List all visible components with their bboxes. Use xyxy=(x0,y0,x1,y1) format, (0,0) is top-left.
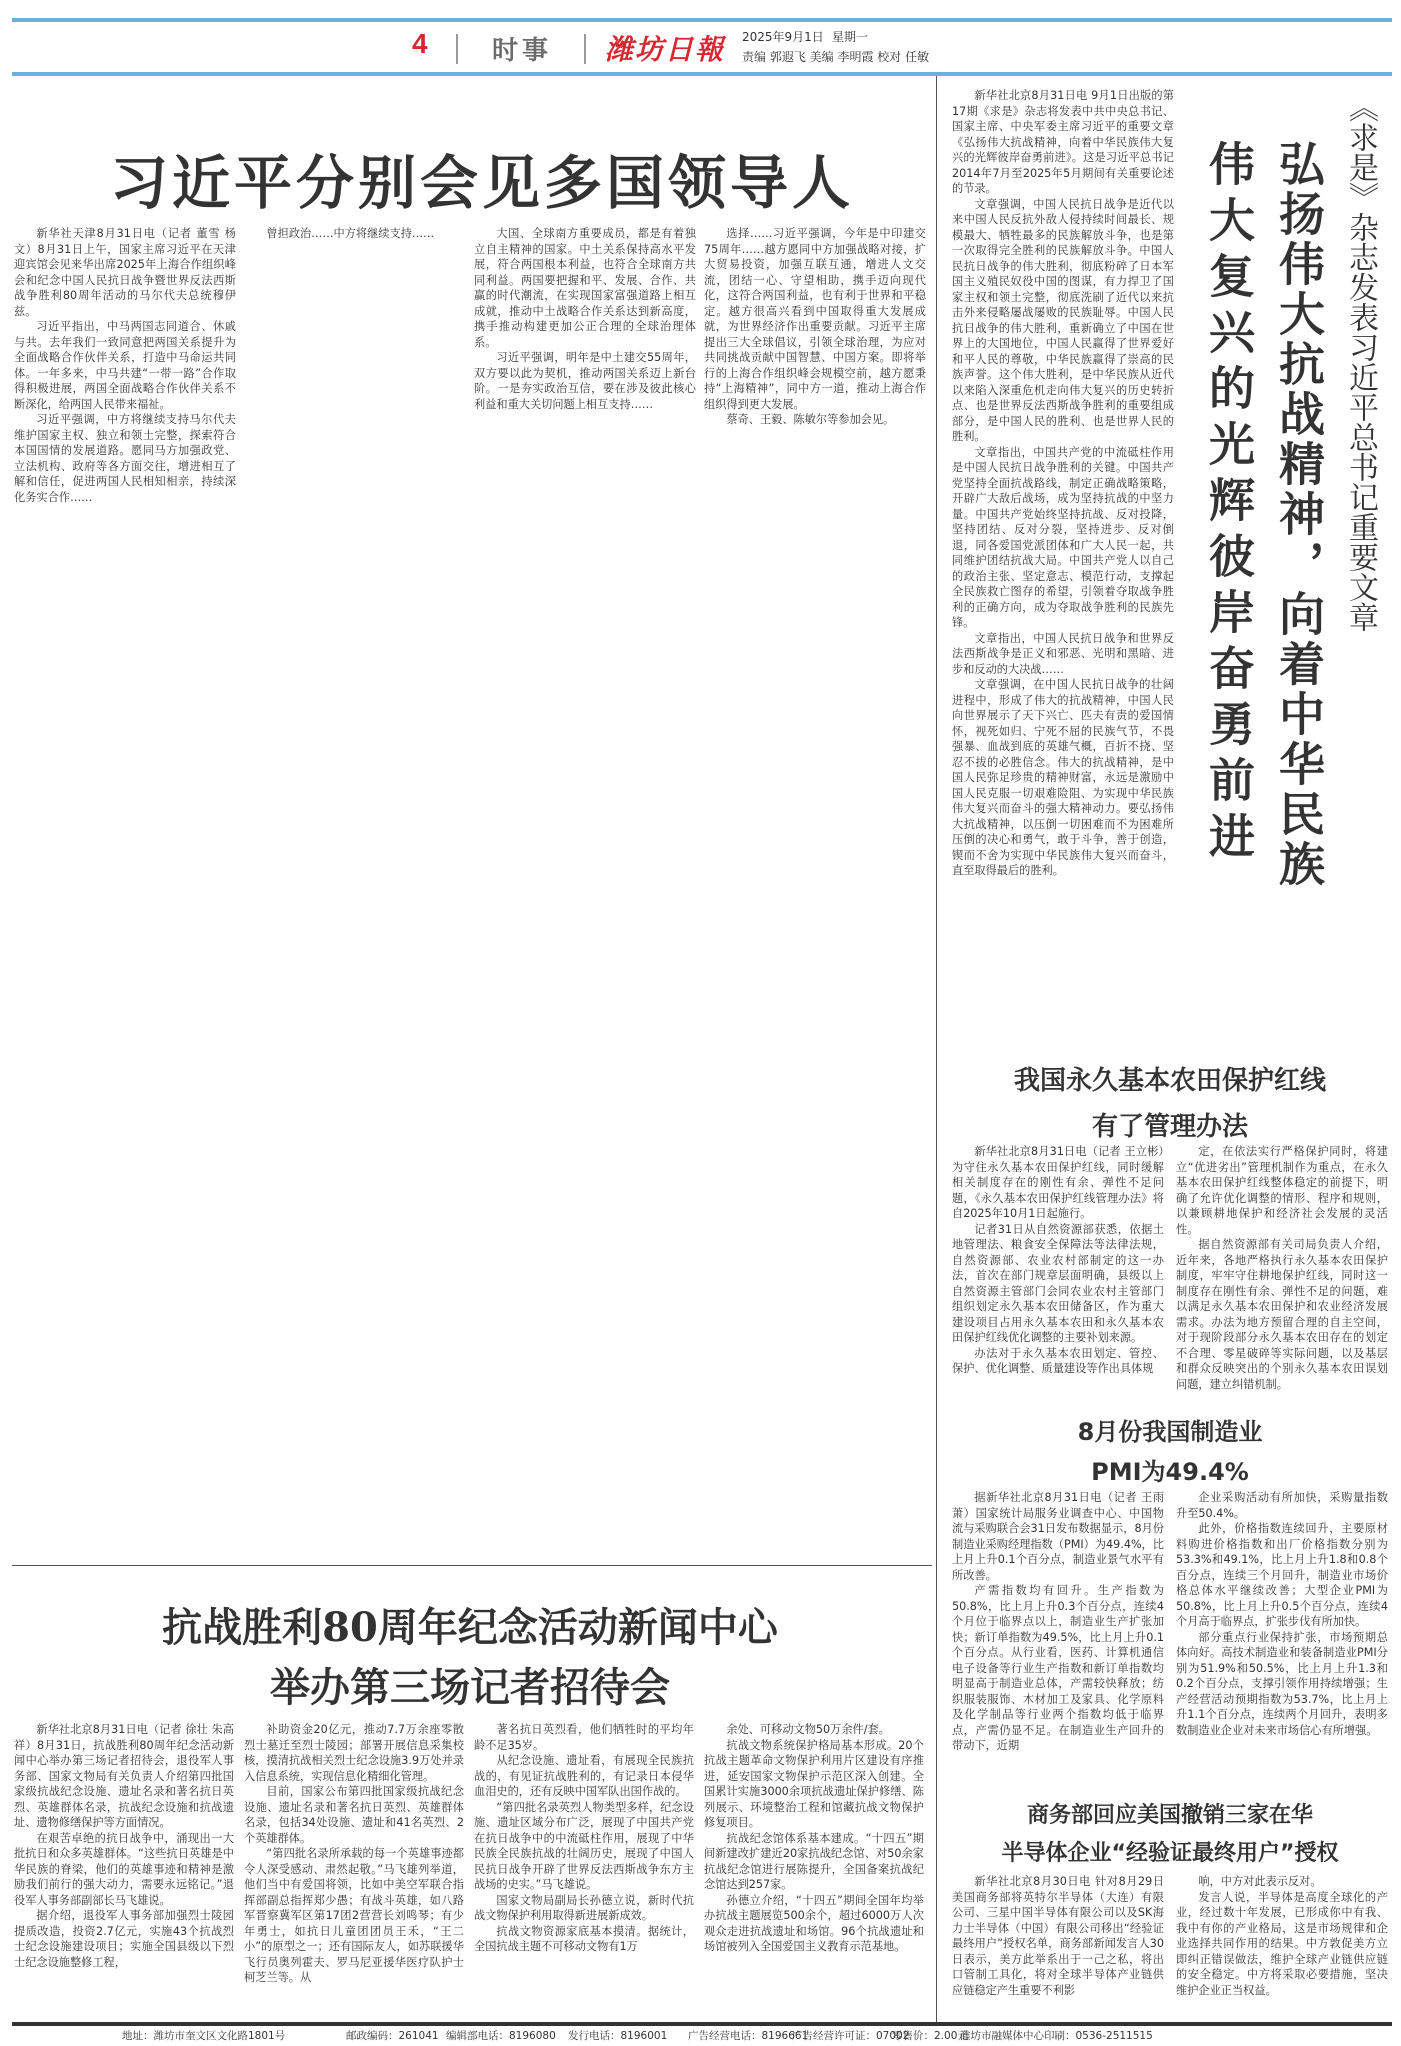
feature-body: 新华社北京8月31日电 9月1日出版的第17期《求是》杂志将发表中共中央总书记、… xyxy=(952,88,1174,888)
footer-postcode: 邮政编码：261041 xyxy=(346,2028,439,2043)
footer-price: 零售价：2.00元 xyxy=(892,2028,968,2043)
issue-weekday: 星期一 xyxy=(832,28,868,45)
divider xyxy=(584,34,586,64)
press-col-1: 新华社北京8月31日电（记者 徐壮 朱高祥）8月31日，抗战胜利80周年纪念活动… xyxy=(14,1722,234,2018)
pmi-headline-line2: PMI为49.4% xyxy=(940,1452,1400,1487)
footer-rule xyxy=(12,2022,1392,2026)
footer-address: 地址：潍坊市奎文区文化路1801号 xyxy=(122,2028,285,2043)
lead-col-2: 曾担政治……中方将继续支持…… xyxy=(244,226,466,1526)
lead-col-4: 选择……习近平强调，今年是中印建交75周年……越方愿同中方加强战略对接，扩大贸易… xyxy=(704,226,926,1526)
lead-headline: 习近平分别会见多国领导人 xyxy=(110,136,854,220)
footer-editorial-phone: 编辑部电话：8196080 xyxy=(446,2028,556,2043)
mofcom-headline-line2: 半导体企业“经验证最终用户”授权 xyxy=(940,1836,1400,1867)
issue-date: 2025年9月1日 xyxy=(742,28,824,45)
divider xyxy=(456,34,458,64)
farmland-headline-line1: 我国永久基本农田保护红线 xyxy=(940,1060,1400,1097)
column-divider xyxy=(936,76,937,2022)
masthead-bottom-rule xyxy=(12,72,1392,76)
editor-credits: 责编 郭遐飞 美编 李明霞 校对 任敏 xyxy=(742,48,929,65)
pmi-col-2: 企业采购活动有所加快，采购量指数升至50.4%。此外，价格指数连续回升，主要原材… xyxy=(1176,1490,1388,1770)
masthead: 4 时事 潍坊日報 2025年9月1日 星期一 责编 郭遐飞 美编 李明霞 校对… xyxy=(0,24,1401,72)
farmland-col-2: 定，在依法实行严格保护同时，将建立“优进劣出”管理机制作为重点，在永久基本农田保… xyxy=(1176,1144,1388,1404)
masthead-top-rule xyxy=(12,18,1392,22)
press-col-4: 余处、可移动文物50万余件/套。抗战文物系统保护格局基本形成。20个抗战主题革命… xyxy=(704,1722,924,2018)
press-headline-line2: 举办第三场记者招待会 xyxy=(20,1656,920,1713)
pmi-headline-line1: 8月份我国制造业 xyxy=(940,1412,1400,1447)
feature-title-line1: 弘扬伟大抗战精神，向着中华民族 xyxy=(1266,140,1332,900)
lead-col-1: 新华社天津8月31日电（记者 董雪 杨文）8月31日上午，国家主席习近平在天津迎… xyxy=(14,226,236,1526)
section-divider xyxy=(12,1565,932,1566)
press-col-2: 补助资金20亿元，推动7.7万余座零散烈士墓迁至烈士陵园；部署开展信息采集校核，… xyxy=(244,1722,464,2018)
footer-printer: 潍坊市融媒体中心印刷：0536-2511515 xyxy=(960,2028,1153,2043)
section-name: 时事 xyxy=(492,30,552,67)
paper-logo: 潍坊日報 xyxy=(605,28,725,68)
mofcom-col-1: 新华社北京8月30日电 针对8月29日美国商务部将英特尔半导体（大连）有限公司、… xyxy=(952,1874,1164,2018)
mofcom-headline-line1: 商务部回应美国撤销三家在华 xyxy=(940,1798,1400,1829)
pmi-col-1: 据新华社北京8月31日电（记者 王雨萧）国家统计局服务业调查中心、中国物流与采购… xyxy=(952,1490,1164,1770)
lead-col-3: 大国、全球南方重要成员，都是有着独立自主精神的国家。中土关系保持高水平发展，符合… xyxy=(474,226,696,1526)
farmland-headline-line2: 有了管理办法 xyxy=(940,1106,1400,1143)
feature-kicker: 《求是》杂志发表习近平总书记重要文章 xyxy=(1338,92,1382,912)
footer-ad-phone: 广告经营电话：8196661 xyxy=(688,2028,808,2043)
farmland-col-1: 新华社北京8月31日电（记者 王立彬）为守住永久基本农田保护红线，同时缓解相关制… xyxy=(952,1144,1164,1404)
press-col-3: 著名抗日英烈看，他们牺牲时的平均年龄不足35岁。从纪念设施、遗址看，有展现全民族… xyxy=(474,1722,694,2018)
mofcom-col-2: 响，中方对此表示反对。发言人说，半导体是高度全球化的产业，经过数十年发展，已形成… xyxy=(1176,1874,1388,2018)
feature-title-line2: 伟大复兴的光辉彼岸奋勇前进 xyxy=(1196,140,1262,900)
press-headline-line1: 抗战胜利80周年纪念活动新闻中心 xyxy=(20,1596,920,1653)
footer-distribution-phone: 发行电话：8196001 xyxy=(568,2028,667,2043)
page-number: 4 xyxy=(412,28,428,60)
